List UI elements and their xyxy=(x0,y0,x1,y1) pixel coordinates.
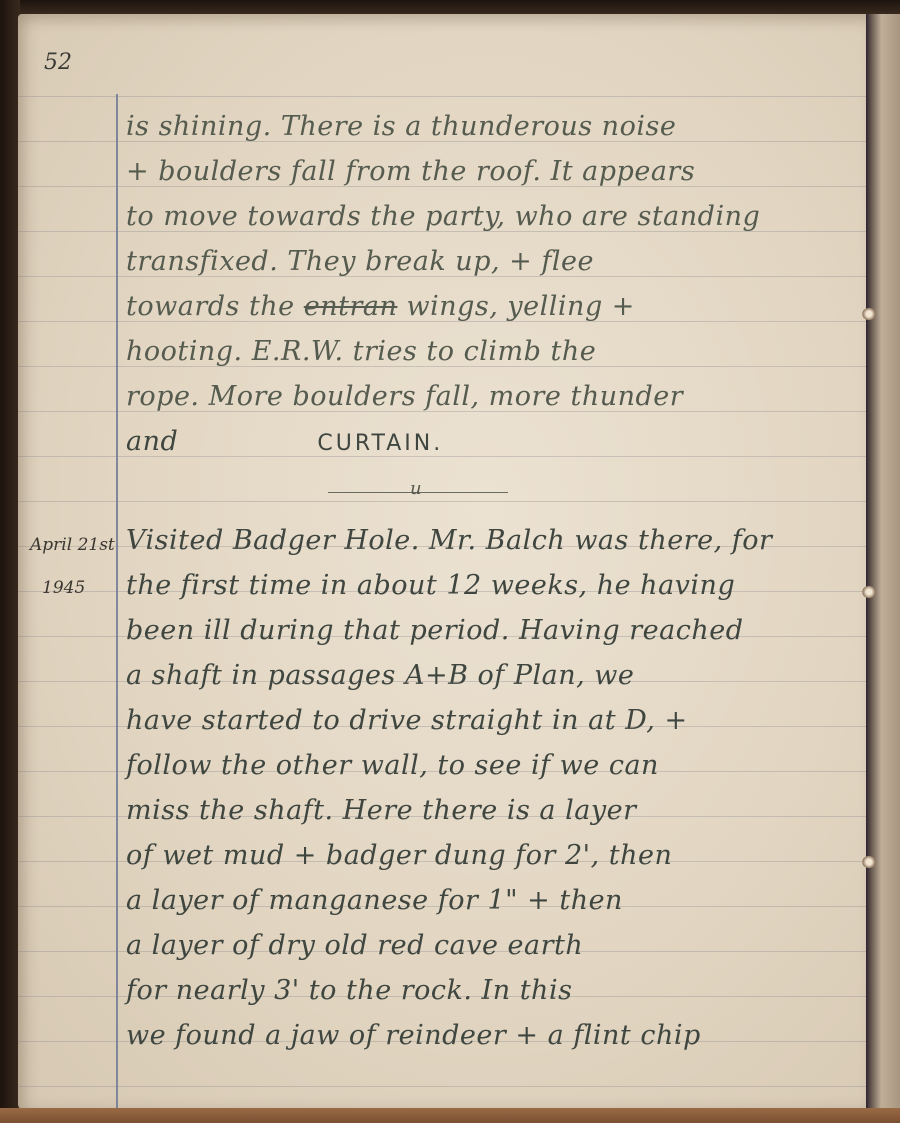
notebook-frame-bottom xyxy=(0,1108,900,1123)
struck-out-word: entran xyxy=(304,291,398,322)
section-divider: u xyxy=(328,482,508,502)
text-line: a shaft in passages A+B of Plan, we xyxy=(126,659,870,693)
curtain-heading: CURTAIN. xyxy=(317,431,443,456)
text-line: towards the entran wings, yelling + xyxy=(126,290,870,324)
text-fragment: wings, yelling + xyxy=(397,291,635,322)
ruled-line xyxy=(18,96,870,97)
text-line: of wet mud + badger dung for 2', then xyxy=(126,839,870,873)
divider-mark: u xyxy=(410,478,422,499)
text-line: is shining. There is a thunderous noise xyxy=(126,110,870,144)
text-line: and CURTAIN. xyxy=(126,425,870,461)
binding-stitch xyxy=(862,586,876,598)
ruled-line xyxy=(18,1086,870,1087)
text-line: follow the other wall, to see if we can xyxy=(126,749,870,783)
binding-stitch xyxy=(862,856,876,868)
text-line: the first time in about 12 weeks, he hav… xyxy=(126,569,870,603)
text-line: for nearly 3' to the rock. In this xyxy=(126,974,870,1008)
binding-stitch xyxy=(862,308,876,320)
notebook-page: 52 is shining. There is a thunderous noi… xyxy=(18,14,870,1110)
text-line: + boulders fall from the roof. It appear… xyxy=(126,155,870,189)
text-line: been ill during that period. Having reac… xyxy=(126,614,870,648)
margin-line xyxy=(116,94,118,1110)
text-fragment: and xyxy=(126,426,178,457)
text-line: we found a jaw of reindeer + a flint chi… xyxy=(126,1019,870,1053)
text-fragment: towards the xyxy=(126,291,295,322)
page-number: 52 xyxy=(44,50,72,75)
text-line: transfixed. They break up, + flee xyxy=(126,245,870,279)
text-line: miss the shaft. Here there is a layer xyxy=(126,794,870,828)
entry-date-day: April 21st xyxy=(30,534,118,556)
text-line: have started to drive straight in at D, … xyxy=(126,704,870,738)
notebook-gutter xyxy=(866,14,900,1110)
notebook-frame-left xyxy=(0,0,20,1123)
text-line: hooting. E.R.W. tries to climb the xyxy=(126,335,870,369)
entry-date-year: 1945 xyxy=(42,577,130,599)
text-line: rope. More boulders fall, more thunder xyxy=(126,380,870,414)
text-line: Visited Badger Hole. Mr. Balch was there… xyxy=(126,524,870,558)
text-line: a layer of dry old red cave earth xyxy=(126,929,870,963)
text-line: to move towards the party, who are stand… xyxy=(126,200,870,234)
text-line: a layer of manganese for 1" + then xyxy=(126,884,870,918)
